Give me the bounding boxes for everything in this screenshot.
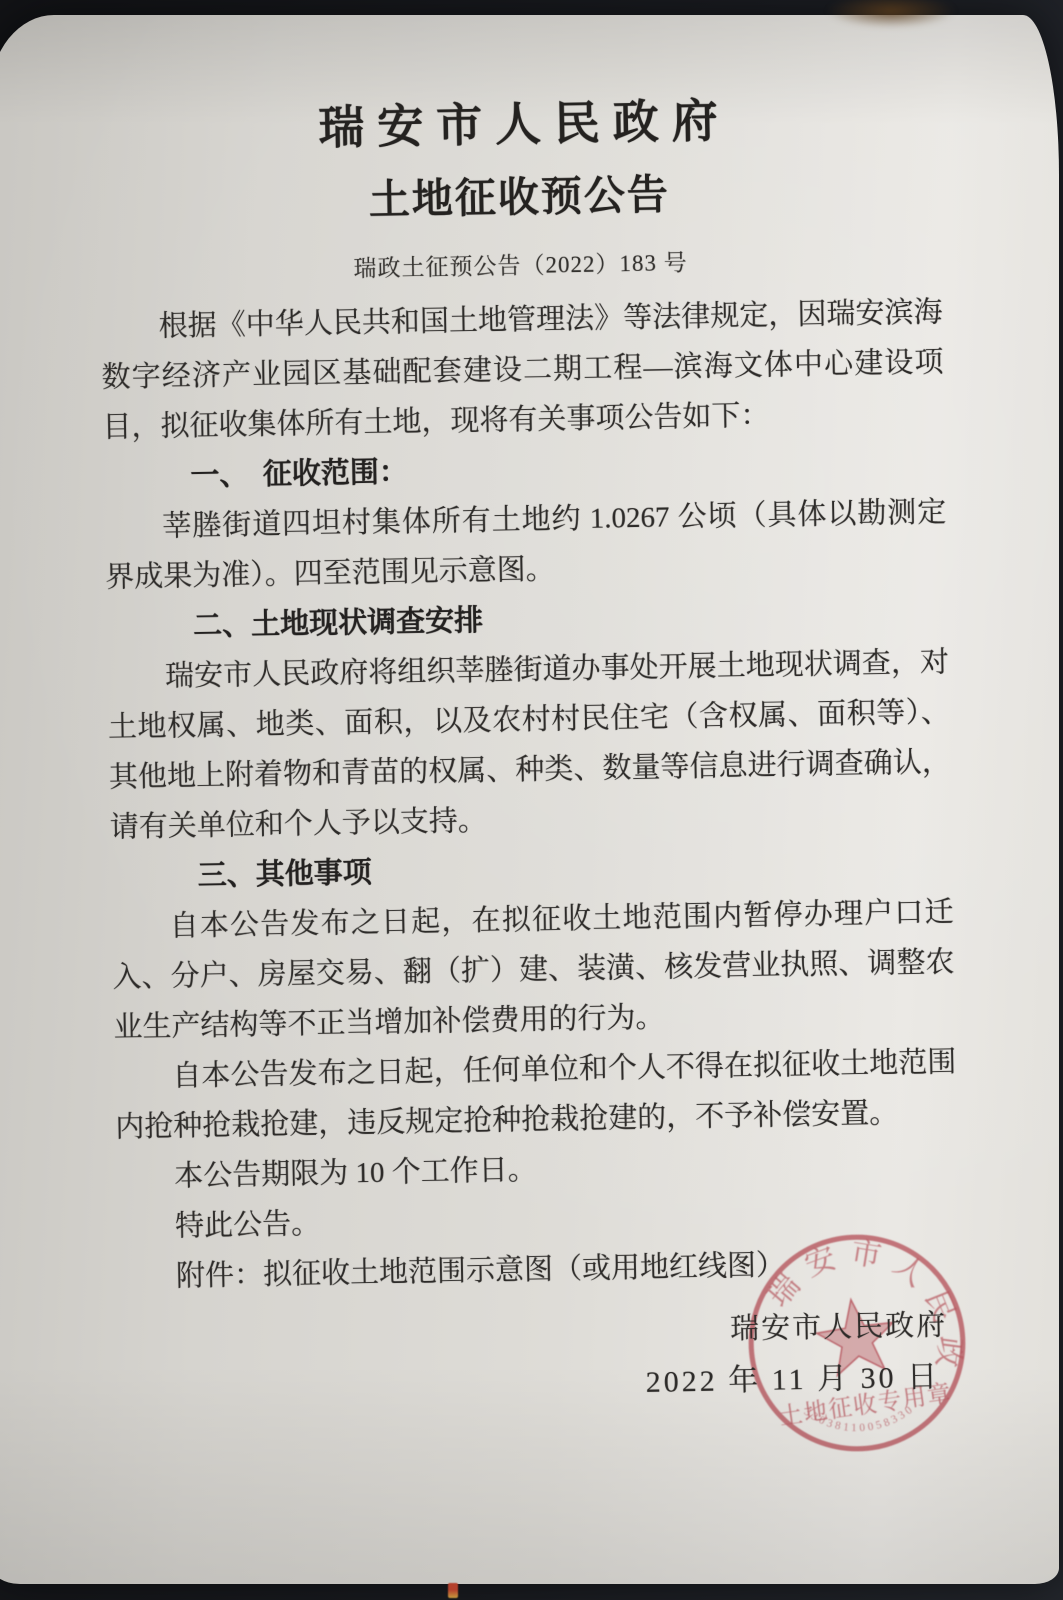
- section-3-paragraph-1: 自本公告发布之日起，在拟征收土地范围内暂停办理户口迁入、分户、房屋交易、翻（扩）…: [111, 887, 956, 1052]
- section-1-paragraph: 莘塍街道四坦村集体所有土地约 1.0267 公顷（具体以勘测定界成果为准）。四至…: [104, 487, 948, 602]
- intro-paragraph: 根据《中华人民共和国土地管理法》等法律规定，因瑞安滨海数字经济产业园区基础配套建…: [100, 287, 945, 452]
- document-title: 土地征收预公告: [98, 167, 941, 228]
- signature: 瑞安市人民政府: [119, 1305, 948, 1360]
- document-number: 瑞政土征预公告（2022）183 号: [99, 239, 941, 287]
- section-2-paragraph: 瑞安市人民政府将组织莘塍街道办事处开展土地现状调查，对土地权属、地类、面积，以及…: [107, 637, 953, 852]
- issuing-authority-title: 瑞安市人民政府: [97, 92, 940, 158]
- document-content: 瑞安市人民政府 土地征收预公告 瑞政土征预公告（2022）183 号 根据《中华…: [96, 78, 962, 1414]
- bottom-edge-sliver: [448, 1583, 458, 1598]
- top-shadow-smudge: [826, 0, 956, 28]
- section-3-paragraph-2: 自本公告发布之日起，任何单位和个人不得在拟征收土地范围内抢种抢栽抢建，违反规定抢…: [114, 1037, 958, 1152]
- photo-background: 瑞安市人民政府 土地征收预公告 瑞政土征预公告（2022）183 号 根据《中华…: [0, 0, 1063, 1600]
